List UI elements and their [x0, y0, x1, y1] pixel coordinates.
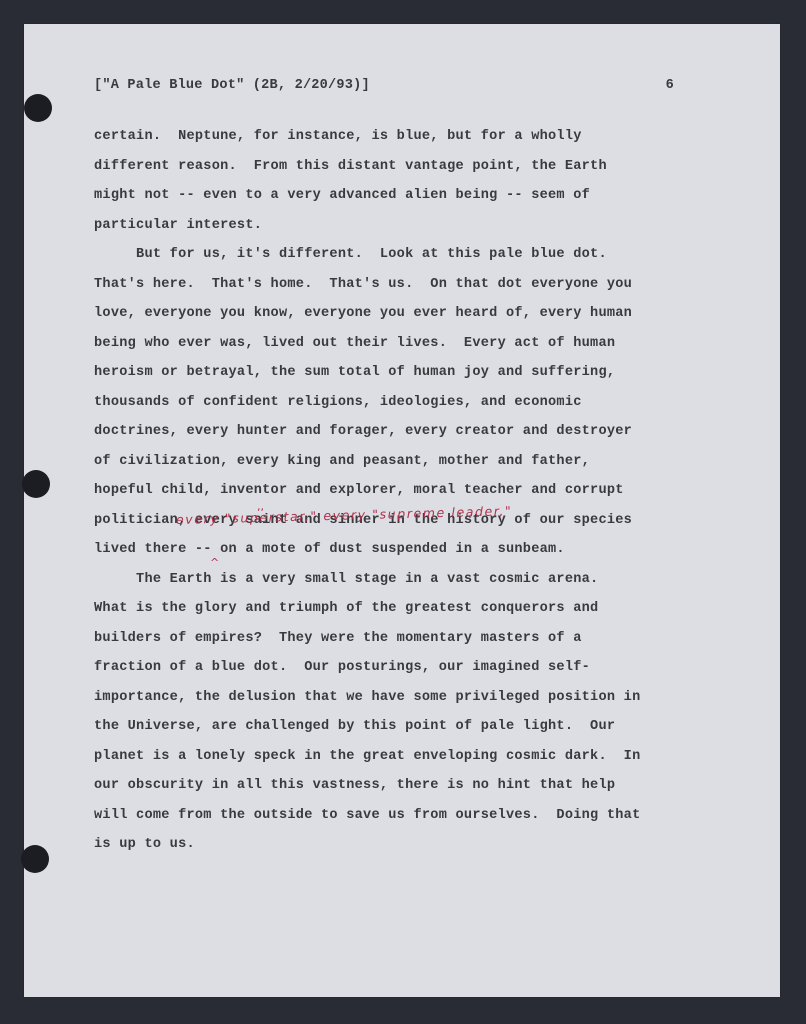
punch-hole-top: [24, 94, 52, 122]
typed-body-text: certain. Neptune, for instance, is blue,…: [94, 122, 694, 860]
text-line: That's here. That's home. That's us. On …: [94, 270, 694, 300]
text-line: of civilization, every king and peasant,…: [94, 447, 694, 477]
text-line: planet is a lonely speck in the great en…: [94, 742, 694, 772]
text-line: different reason. From this distant vant…: [94, 152, 694, 182]
insertion-caret: ^: [210, 556, 219, 569]
page-header-title: ["A Pale Blue Dot" (2B, 2/20/93)]: [94, 78, 370, 93]
text-line: is up to us.: [94, 830, 694, 860]
text-line: our obscurity in all this vastness, ther…: [94, 771, 694, 801]
text-line: heroism or betrayal, the sum total of hu…: [94, 358, 694, 388]
text-line: fraction of a blue dot. Our posturings, …: [94, 653, 694, 683]
text-line: hopeful child, inventor and explorer, mo…: [94, 476, 694, 506]
text-line: being who ever was, lived out their live…: [94, 329, 694, 359]
text-line: thousands of confident religions, ideolo…: [94, 388, 694, 418]
text-line: importance, the delusion that we have so…: [94, 683, 694, 713]
page-number: 6: [666, 78, 674, 93]
text-line: will come from the outside to save us fr…: [94, 801, 694, 831]
punch-hole-bottom: [21, 845, 49, 873]
text-line: love, everyone you know, everyone you ev…: [94, 299, 694, 329]
text-line: particular interest.: [94, 211, 694, 241]
text-line: the Universe, are challenged by this poi…: [94, 712, 694, 742]
text-line: lived there -- on a mote of dust suspend…: [94, 535, 694, 565]
text-line: doctrines, every hunter and forager, eve…: [94, 417, 694, 447]
text-line: The Earth is a very small stage in a vas…: [94, 565, 694, 595]
punch-hole-middle: [22, 470, 50, 498]
text-line: might not -- even to a very advanced ali…: [94, 181, 694, 211]
text-line: builders of empires? They were the momen…: [94, 624, 694, 654]
text-line: But for us, it's different. Look at this…: [94, 240, 694, 270]
text-line: certain. Neptune, for instance, is blue,…: [94, 122, 694, 152]
text-line: What is the glory and triumph of the gre…: [94, 594, 694, 624]
